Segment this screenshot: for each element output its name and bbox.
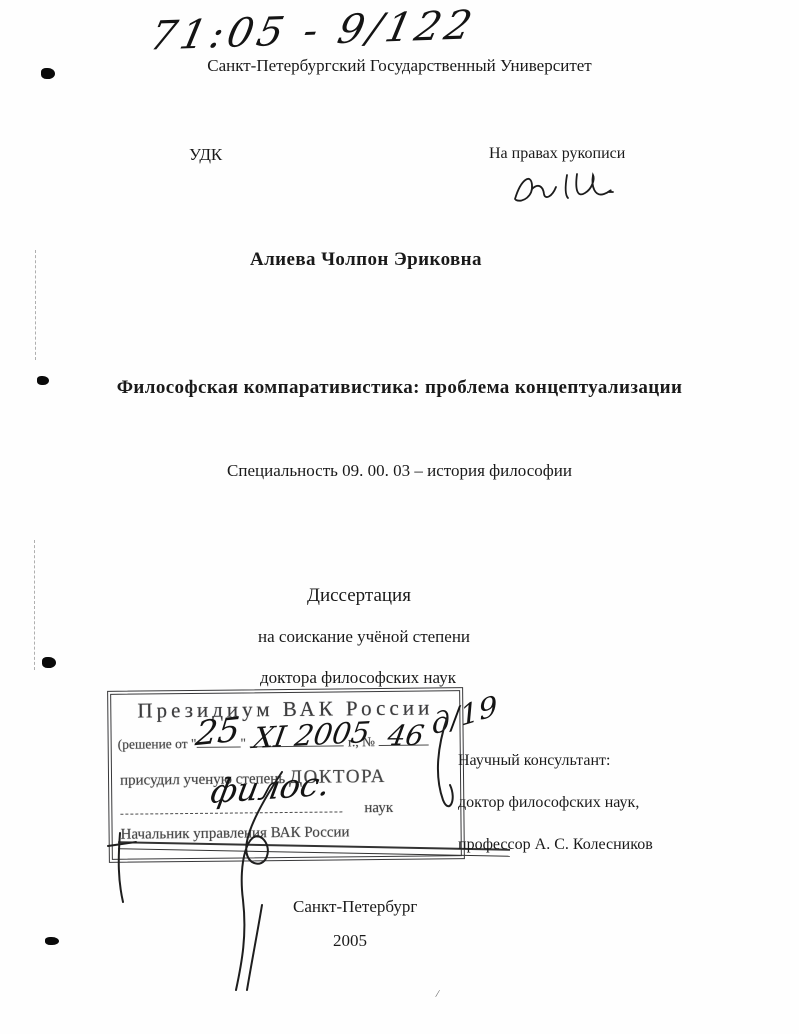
thesis-purpose: на соискание учёной степени bbox=[258, 627, 470, 647]
advisor-label: Научный консультант: bbox=[458, 752, 610, 770]
advisor-degree: доктор философских наук, bbox=[458, 794, 639, 812]
city-line: Санкт-Петербург bbox=[293, 897, 417, 917]
author-name: Алиева Чолпон Эриковна bbox=[250, 249, 482, 271]
dissertation-title-page: / 71:05 - 9/122 Санкт-Петербургский Госу… bbox=[0, 0, 799, 1034]
call-number-handwritten: 71:05 - 9/122 bbox=[146, 2, 480, 59]
dissertation-title: Философская компаративистика: проблема к… bbox=[0, 377, 799, 399]
author-signature-ink bbox=[505, 165, 615, 210]
thesis-degree: доктора философских наук bbox=[260, 668, 456, 688]
specialty-line: Специальность 09. 00. 03 – история филос… bbox=[0, 461, 799, 481]
scan-artifact-blob bbox=[45, 937, 59, 945]
official-signature-ink bbox=[85, 695, 485, 1005]
advisor-name: профессор А. С. Колесников bbox=[458, 836, 653, 854]
manuscript-note: На правах рукописи bbox=[489, 145, 625, 163]
thesis-type: Диссертация bbox=[307, 585, 411, 607]
scan-artifact-dashed-line bbox=[35, 250, 36, 360]
scan-artifact-dashed-line bbox=[34, 540, 35, 670]
scan-artifact-blob bbox=[42, 657, 56, 668]
year-line: 2005 bbox=[333, 931, 367, 951]
udk-label: УДК bbox=[189, 145, 222, 165]
university-name: Санкт-Петербургский Государственный Унив… bbox=[0, 56, 799, 76]
